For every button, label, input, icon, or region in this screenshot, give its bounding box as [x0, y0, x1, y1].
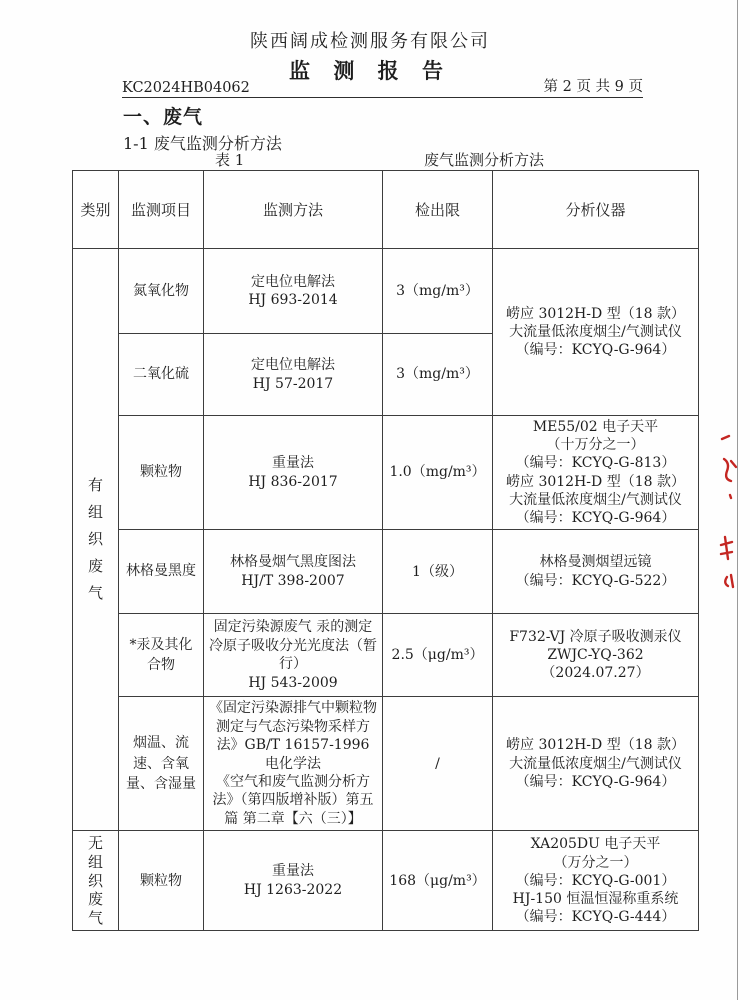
red-stamp-marks — [702, 425, 747, 615]
category-label: 无组织废气 — [88, 834, 104, 927]
table-row: 烟温、流速、含氧量、含湿量 《固定污染源排气中颗粒物测定与气态污染物采样方法》G… — [73, 697, 699, 831]
table-row: *汞及其化合物 固定污染源废气 汞的测定冷原子吸收分光光度法（暂行） HJ 54… — [73, 614, 699, 697]
instrument-cell: 崂应 3012H-D 型（18 款） 大流量低浓度烟尘/气测试仪 （编号：KCY… — [493, 697, 699, 831]
table-caption: 表 1 废气监测分析方法 — [0, 149, 750, 169]
category-cell-organized: 有组织废气 — [73, 249, 119, 831]
instrument-cell: F732-VJ 冷原子吸收测汞仪 ZWJC-YQ-362（2024.07.27） — [493, 614, 699, 697]
method-cell: 重量法 HJ 1263-2022 — [204, 831, 383, 931]
method-cell: 定电位电解法 HJ 693-2014 — [204, 249, 383, 334]
instrument-cell: XA205DU 电子天平 （万分之一） （编号：KCYQ-G-001） HJ-1… — [493, 831, 699, 931]
item-cell: 林格曼黑度 — [119, 530, 204, 614]
limit-cell: 3（mg/m³） — [383, 249, 493, 334]
header-limit: 检出限 — [383, 171, 493, 249]
header-item: 监测项目 — [119, 171, 204, 249]
instrument-cell: ME55/02 电子天平 （十万分之一） （编号：KCYQ-G-813） 崂应 … — [493, 416, 699, 530]
header-category: 类别 — [73, 171, 119, 249]
limit-cell: / — [383, 697, 493, 831]
table-row: 林格曼黑度 林格曼烟气黑度图法 HJ/T 398-2007 1（级） 林格曼测烟… — [73, 530, 699, 614]
instrument-cell: 崂应 3012H-D 型（18 款） 大流量低浓度烟尘/气测试仪 （编号：KCY… — [493, 249, 699, 416]
methods-table: 类别 监测项目 监测方法 检出限 分析仪器 有组织废气 氮氧化物 定电位电解法 … — [72, 170, 699, 931]
company-name: 陕西阔成检测服务有限公司 — [0, 27, 740, 53]
limit-cell: 1（级） — [383, 530, 493, 614]
table-header-row: 类别 监测项目 监测方法 检出限 分析仪器 — [73, 171, 699, 249]
report-number: KC2024HB04062 — [122, 80, 250, 96]
item-cell: 颗粒物 — [119, 831, 204, 931]
limit-cell: 1.0（mg/m³） — [383, 416, 493, 530]
limit-cell: 168（μg/m³） — [383, 831, 493, 931]
limit-cell: 3（mg/m³） — [383, 334, 493, 416]
item-cell: 烟温、流速、含氧量、含湿量 — [119, 697, 204, 831]
header-instrument: 分析仪器 — [493, 171, 699, 249]
method-cell: 定电位电解法 HJ 57-2017 — [204, 334, 383, 416]
header-meta-row: KC2024HB04062 第 2 页 共 9 页 — [122, 74, 643, 98]
page-indicator: 第 2 页 共 9 页 — [544, 75, 644, 96]
table-row: 有组织废气 氮氧化物 定电位电解法 HJ 693-2014 3（mg/m³） 崂… — [73, 249, 699, 334]
method-cell: 固定污染源废气 汞的测定冷原子吸收分光光度法（暂行） HJ 543-2009 — [204, 614, 383, 697]
section-title: 一、废气 — [123, 102, 203, 129]
table-caption-title: 废气监测分析方法 — [424, 149, 544, 170]
category-label: 有组织废气 — [88, 472, 104, 607]
category-cell-unorganized: 无组织废气 — [73, 831, 119, 931]
limit-cell: 2.5（μg/m³） — [383, 614, 493, 697]
method-cell: 重量法 HJ 836-2017 — [204, 416, 383, 530]
instrument-cell: 林格曼测烟望远镜 （编号：KCYQ-G-522） — [493, 530, 699, 614]
method-cell: 林格曼烟气黑度图法 HJ/T 398-2007 — [204, 530, 383, 614]
table-row: 颗粒物 重量法 HJ 836-2017 1.0（mg/m³） ME55/02 电… — [73, 416, 699, 530]
report-page: { "page": { "company": "陕西阔成检测服务有限公司", "… — [0, 0, 750, 1000]
item-cell: 二氧化硫 — [119, 334, 204, 416]
method-cell: 《固定污染源排气中颗粒物测定与气态污染物采样方法》GB/T 16157-1996… — [204, 697, 383, 831]
header-method: 监测方法 — [204, 171, 383, 249]
item-cell: *汞及其化合物 — [119, 614, 204, 697]
item-cell: 氮氧化物 — [119, 249, 204, 334]
table-row: 无组织废气 颗粒物 重量法 HJ 1263-2022 168（μg/m³） XA… — [73, 831, 699, 931]
table-caption-number: 表 1 — [215, 149, 244, 170]
item-cell: 颗粒物 — [119, 416, 204, 530]
